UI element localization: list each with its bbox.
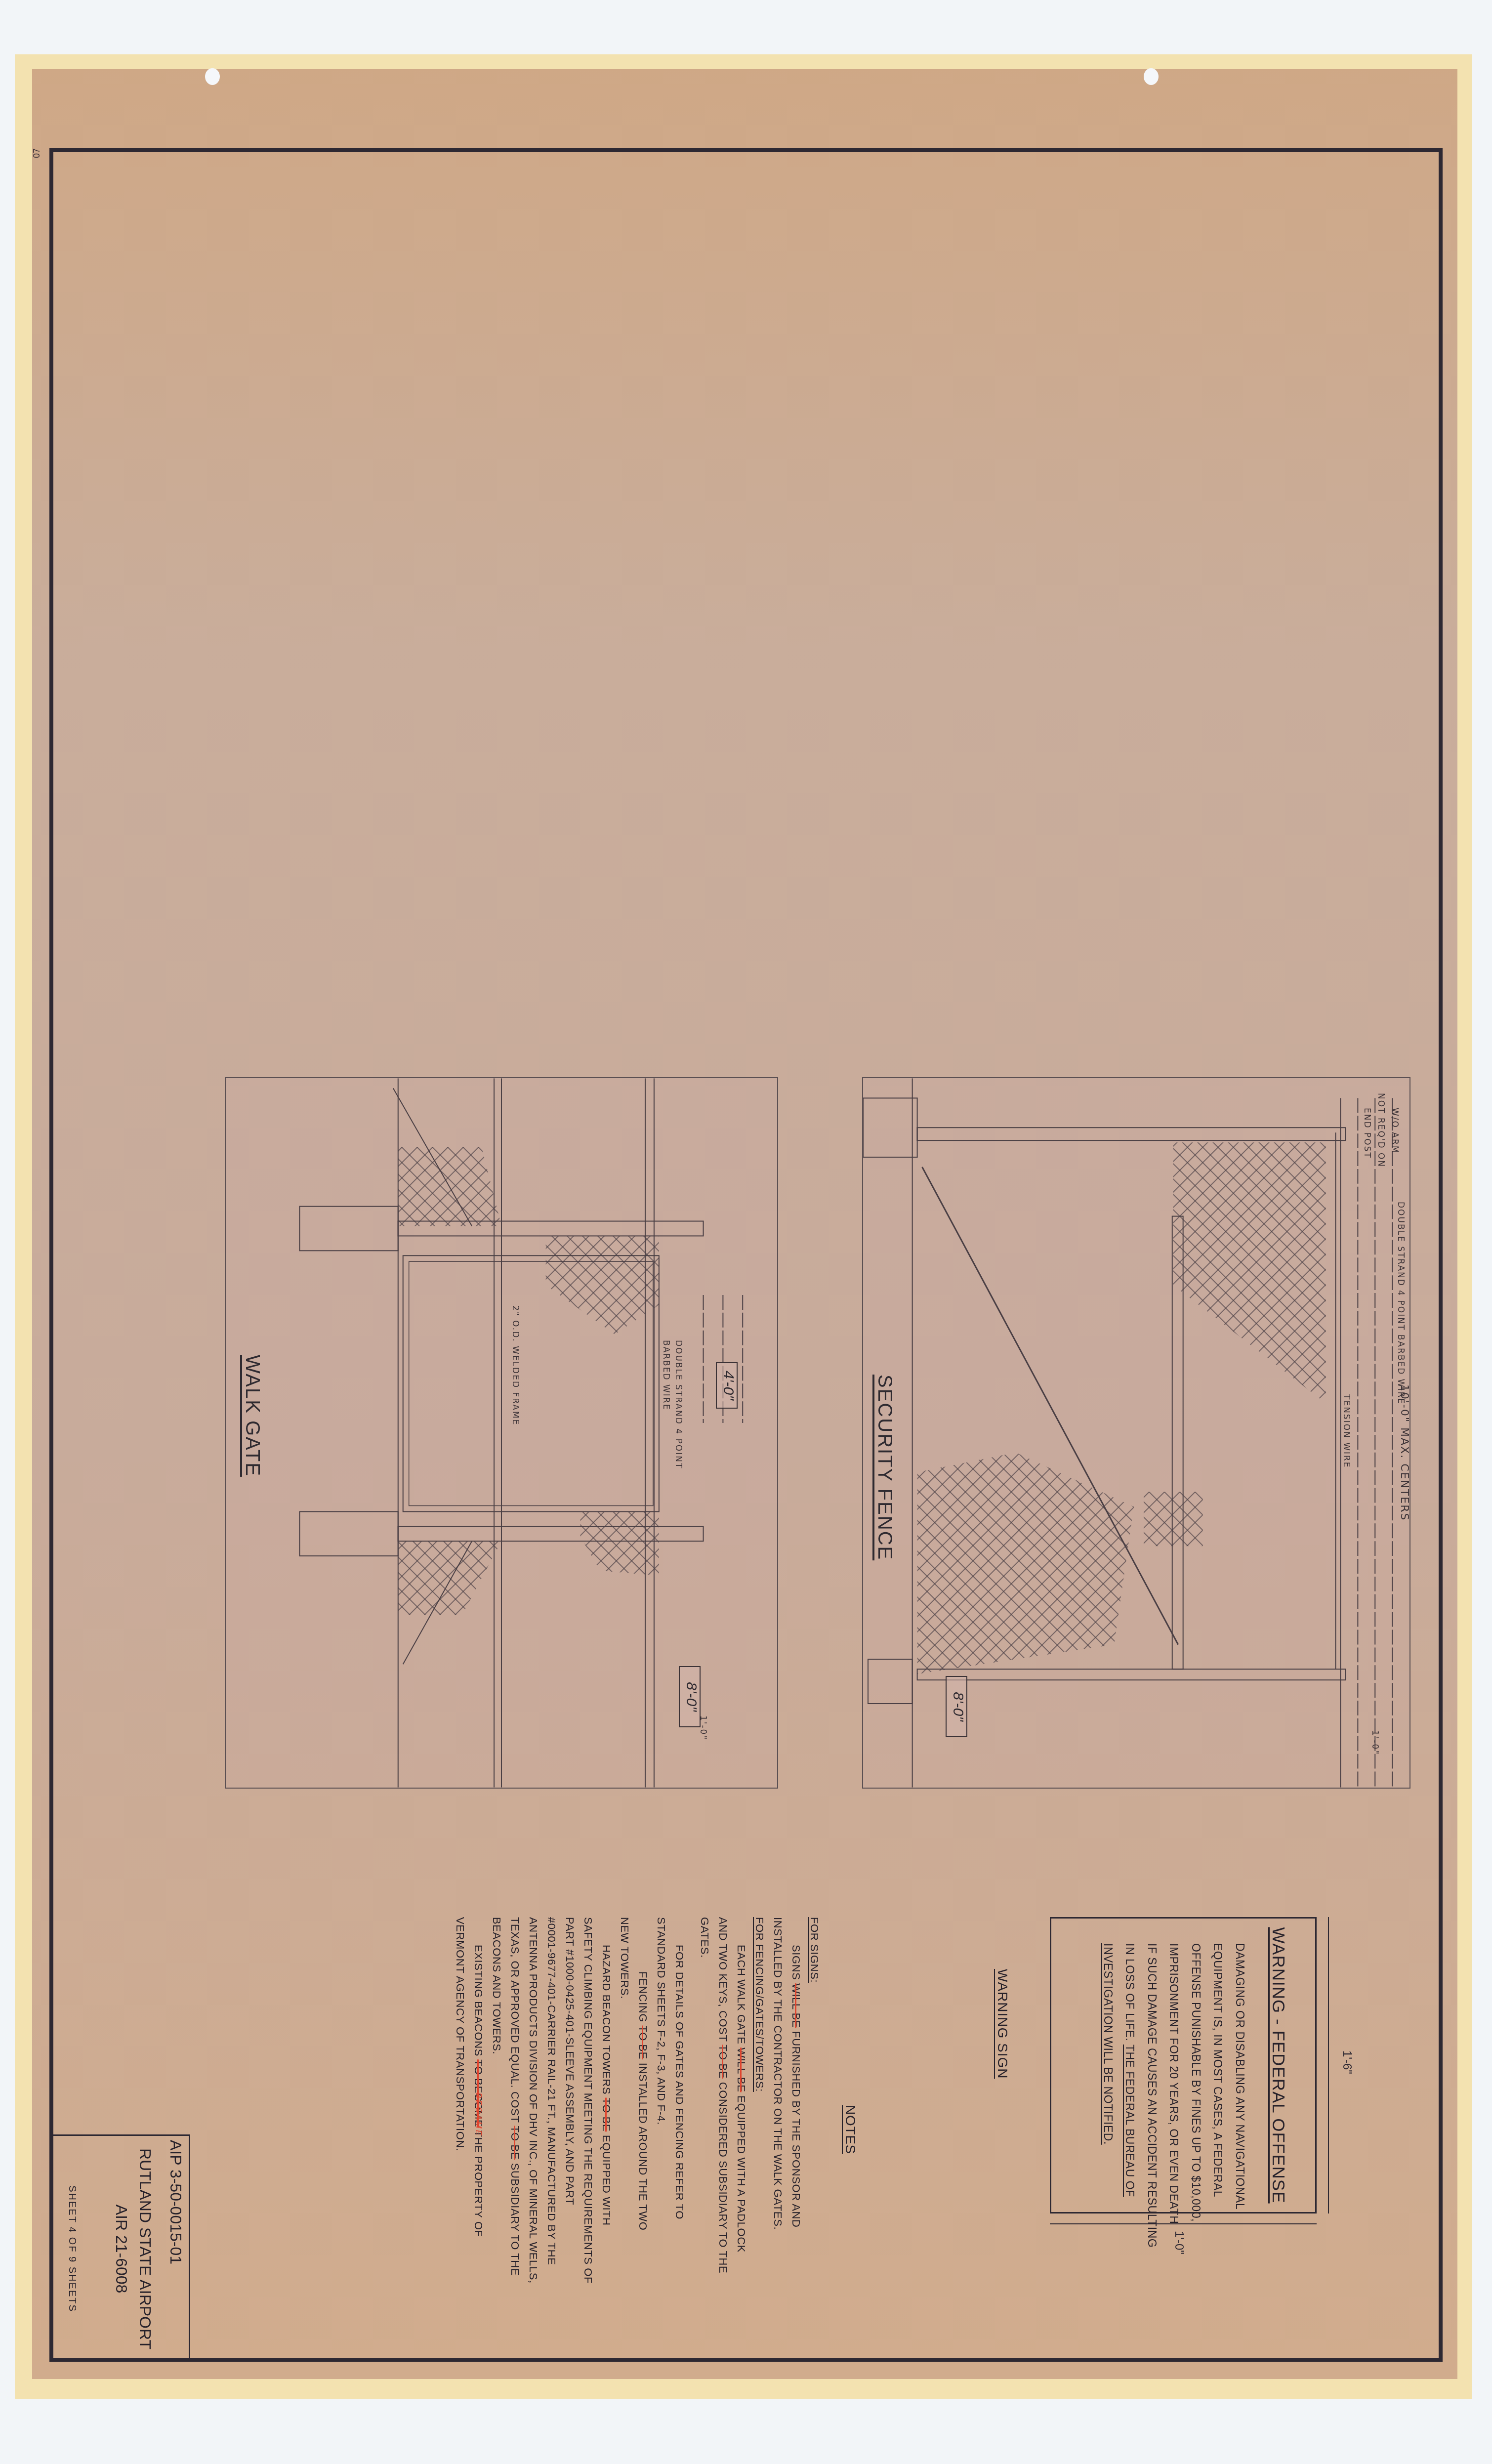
note-line: AND TWO KEYS, COST TO BE CONSIDERED SUBS… xyxy=(714,1917,732,2322)
drawing-sheet: 07 xyxy=(0,0,1492,2464)
sheet-number: 4 xyxy=(67,2227,78,2233)
note-line: BEACONS AND TOWERS. xyxy=(488,1917,506,2322)
total-sheets: 9 xyxy=(67,2256,78,2263)
correction-text: BECAME xyxy=(469,2092,488,2137)
note-text: FURNISHED BY THE SPONSOR AND xyxy=(790,2028,802,2227)
sign-height-dim: 1'-0" xyxy=(1172,2231,1186,2255)
project-number: AIP 3-50-0015-01 xyxy=(166,2136,185,2366)
gate-width-dim: 4'-0" xyxy=(716,1362,738,1409)
struck-text: TO BE xyxy=(717,2045,729,2079)
warning-sign-body: DAMAGING OR DISABLING ANY NAVIGATIONAL E… xyxy=(1097,1943,1251,2200)
struck-text: TO BE xyxy=(637,2026,649,2060)
gate-barbed-wire-label-1: DOUBLE STRAND 4 POINT xyxy=(673,1340,683,1469)
sheet-label: SHEET xyxy=(67,2185,78,2223)
note-line: FOR DETAILS OF GATES AND FENCING REFER T… xyxy=(670,1917,689,2322)
note-text: EQUIPPED WITH A PADLOCK xyxy=(735,2092,747,2253)
fence-height-dim: 8'-0" xyxy=(946,1676,967,1737)
note-text: SIGNS xyxy=(790,1945,802,1983)
gate-barbed-wire-label-2: BARBED WIRE xyxy=(661,1340,671,1410)
max-centers-label: 10'-0" MAX. CENTERS xyxy=(1398,1384,1410,1521)
note-line: PART #1000-0425-401-SLEEVE ASSEMBLY, AND… xyxy=(561,1917,579,2322)
notes-section: NOTES FOR SIGNS: SIGNS WILL BE FURNISHED… xyxy=(451,1917,860,2322)
security-fence-drawing: SECURITY FENCE W/O ARM NOT REQ'D ON END … xyxy=(862,1077,1410,1789)
airport-name: RUTLAND STATE AIRPORT xyxy=(136,2136,154,2362)
note-line: STANDARD SHEETS F-2, F-3, AND F-4. xyxy=(652,1917,670,2322)
warning-line: OFFENSE PUNISHABLE BY FINES UP TO $10,00… xyxy=(1185,1943,1207,2200)
note-text: FENCING xyxy=(637,1971,649,2026)
note-line: GATES. xyxy=(696,1917,714,2322)
barbed-wire-label: DOUBLE STRAND 4 POINT BARBED WIRE xyxy=(1396,1202,1406,1405)
end-post-label: END POST xyxy=(1362,1108,1372,1159)
note-text: THE PROPERTY OF xyxy=(472,2127,485,2237)
sheet-count: SHEET 4 OF 9 SHEETS xyxy=(66,2136,78,2362)
sign-width-dim: 1'-6" xyxy=(1340,2050,1354,2074)
warning-line: IN LOSS OF LIFE. THE FEDERAL BUREAU OF xyxy=(1119,1943,1141,2200)
signs-subheading: FOR SIGNS: xyxy=(805,1917,824,2322)
warning-sign-caption: WARNING SIGN xyxy=(995,1969,1010,2079)
edge-code: 07 xyxy=(32,148,42,158)
warning-line: INVESTIGATION WILL BE NOTIFIED. xyxy=(1097,1943,1119,2200)
note-line: VERMONT AGENCY OF TRANSPORTATION. xyxy=(451,1917,469,2322)
not-reqd-label: NOT REQ'D ON xyxy=(1376,1093,1386,1168)
arm-label: W/O ARM xyxy=(1390,1108,1400,1154)
note-line: EACH WALK GATE WILL BE EQUIPPED WITH A P… xyxy=(732,1917,750,2322)
note-line: HAZARD BEACON TOWERS TO BE EQUIPPED WITH xyxy=(597,1917,616,2322)
gate-height-dim: 8'-0" xyxy=(679,1666,701,1727)
walk-gate-drawing: WALK GATE 2" O.D. WELDED FRAME DOUBLE ST… xyxy=(225,1077,778,1789)
note-text: CONSIDERED SUBSIDIARY TO THE xyxy=(717,2079,729,2273)
note-line: EXISTING BEACONS TO BECOMEBECAME THE PRO… xyxy=(469,1917,488,2322)
gate-extension-dim: 1'-0" xyxy=(698,1715,708,1740)
note-line: INSTALLED BY THE CONTRACTOR ON THE WALK … xyxy=(769,1917,787,2322)
note-line: NEW TOWERS. xyxy=(616,1917,634,2322)
warning-line: IF SUCH DAMAGE CAUSES AN ACCIDENT RESULT… xyxy=(1141,1943,1163,2200)
struck-text: TO BE xyxy=(600,2098,613,2132)
warning-line-text: IN LOSS OF LIFE. xyxy=(1124,1943,1137,2045)
note-text: AND TWO KEYS, COST xyxy=(717,1917,729,2045)
title-block: AIP 3-50-0015-01 RUTLAND STATE AIRPORT A… xyxy=(49,2134,190,2362)
fbi-notice: THE FEDERAL BUREAU OF xyxy=(1124,2045,1137,2197)
warning-line: DAMAGING OR DISABLING ANY NAVIGATIONAL xyxy=(1229,1943,1251,2200)
air-number: AIR 21-6008 xyxy=(112,2136,130,2362)
note-text: EQUIPPED WITH xyxy=(600,2131,613,2226)
note-line: ANTENNA PRODUCTS DIVISION OF DHV INC., O… xyxy=(524,1917,542,2322)
note-line: #0001-9677-401-CARRIER RAIL-21 FT., MANU… xyxy=(542,1917,561,2322)
note-line: SAFETY CLIMBING EQUIPMENT MEETING THE RE… xyxy=(579,1917,597,2322)
fence-extension-dim: 1'-0" xyxy=(1370,1730,1380,1755)
sign-height-dim-line xyxy=(1050,2223,1317,2224)
punch-hole xyxy=(205,68,220,85)
note-text: INSTALLED AROUND THE TWO xyxy=(637,2059,649,2230)
warning-sign-title: WARNING - FEDERAL OFFENSE xyxy=(1268,1919,1288,2212)
security-fence-title: SECURITY FENCE xyxy=(873,1375,896,1560)
note-line: TEXAS, OR APPROVED EQUAL. COST TO BE SUB… xyxy=(506,1917,524,2322)
note-text: TEXAS, OR APPROVED EQUAL. COST xyxy=(509,1917,521,2126)
notes-heading: NOTES xyxy=(841,1917,860,2322)
fencing-subheading: FOR FENCING/GATES/TOWERS: xyxy=(750,1917,769,2322)
sign-width-dim-line xyxy=(1328,1917,1329,2213)
warning-line: IMPRISONMENT FOR 20 YEARS, OR EVEN DEATH xyxy=(1163,1943,1185,2200)
note-line: FENCING TO BE INSTALLED AROUND THE TWO xyxy=(634,1917,652,2322)
walk-gate-title: WALK GATE xyxy=(241,1355,263,1477)
note-text: EACH WALK GATE xyxy=(735,1945,747,2047)
note-text: HAZARD BEACON TOWERS xyxy=(600,1945,613,2098)
struck-text: WILL BE xyxy=(790,1983,802,2028)
warning-sign: WARNING - FEDERAL OFFENSE DAMAGING OR DI… xyxy=(1050,1917,1317,2213)
sheets-label: SHEETS xyxy=(67,2267,78,2312)
security-fence-illustration xyxy=(863,1078,1409,1788)
note-line: SIGNS WILL BE FURNISHED BY THE SPONSOR A… xyxy=(787,1917,805,2322)
of-label: OF xyxy=(67,2237,78,2253)
note-text: EXISTING BEACONS xyxy=(472,1945,485,2059)
welded-frame-label: 2" O.D. WELDED FRAME xyxy=(510,1305,520,1425)
note-text: SUBSIDIARY TO THE xyxy=(509,2160,521,2276)
struck-text: WILL BE xyxy=(735,2047,747,2092)
punch-hole xyxy=(1144,68,1159,85)
warning-line: EQUIPMENT IS, IN MOST CASES, A FEDERAL xyxy=(1207,1943,1229,2200)
tension-wire-label: TENSION WIRE xyxy=(1341,1394,1351,1468)
struck-text: TO BE xyxy=(509,2126,521,2160)
